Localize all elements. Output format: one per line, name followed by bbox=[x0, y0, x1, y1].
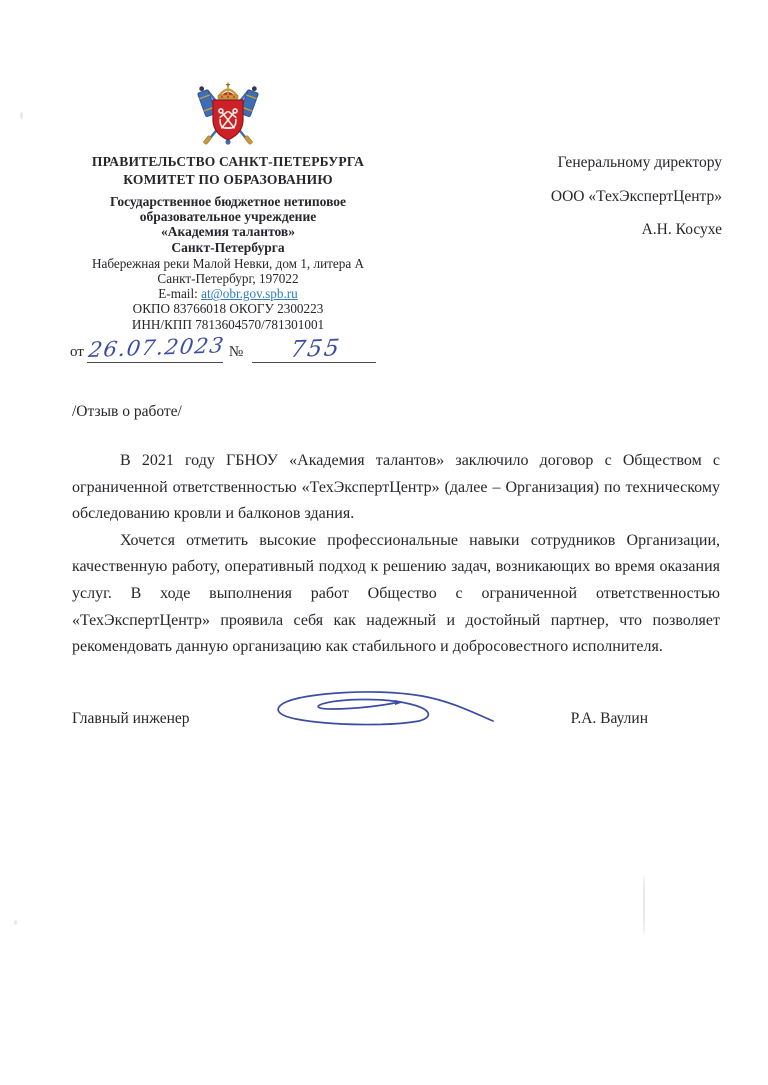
org-name-line1: Государственное бюджетное нетиповое bbox=[58, 194, 398, 209]
signer-name: Р.А. Ваулин bbox=[571, 710, 720, 728]
org-email-line: E-mail: at@obr.gov.spb.ru bbox=[58, 286, 398, 301]
pen-signature-icon bbox=[270, 688, 500, 734]
addressee-block: Генеральному директору ООО «ТехЭкспертЦе… bbox=[551, 146, 722, 247]
org-street-address: Набережная реки Малой Невки, дом 1, лите… bbox=[58, 256, 398, 271]
letter-page: ПРАВИТЕЛЬСТВО САНКТ-ПЕТЕРБУРГА КОМИТЕТ П… bbox=[0, 0, 768, 1085]
addressee-company: ООО «ТехЭкспертЦентр» bbox=[551, 180, 722, 214]
body-paragraph-2: Хочется отметить высокие профессиональны… bbox=[72, 528, 720, 661]
org-name-line2: образовательное учреждение bbox=[58, 209, 398, 224]
body-paragraph-1: В 2021 году ГБНОУ «Академия талантов» за… bbox=[72, 448, 720, 528]
org-inn-kpp: ИНН/КПП 7813604570/781301001 bbox=[58, 317, 398, 332]
scan-artifact bbox=[20, 112, 23, 119]
email-link[interactable]: at@obr.gov.spb.ru bbox=[201, 286, 298, 301]
subject-line: /Отзыв о работе/ bbox=[72, 403, 182, 421]
addressee-person: А.Н. Косухе bbox=[551, 213, 722, 247]
letter-body: В 2021 году ГБНОУ «Академия талантов» за… bbox=[72, 448, 720, 661]
authority-line-committee: КОМИТЕТ ПО ОБРАЗОВАНИЮ bbox=[58, 171, 398, 189]
number-label: № bbox=[229, 344, 246, 363]
number-field: 755 bbox=[252, 332, 376, 363]
org-name-line3: «Академия талантов» bbox=[58, 224, 398, 239]
reference-line: от 26.07.2023 № 755 bbox=[70, 332, 376, 363]
date-label: от bbox=[70, 344, 87, 363]
handwritten-number: 755 bbox=[289, 336, 343, 362]
letterhead: ПРАВИТЕЛЬСТВО САНКТ-ПЕТЕРБУРГА КОМИТЕТ П… bbox=[58, 82, 398, 332]
email-label: E-mail: bbox=[158, 286, 201, 301]
org-name-line4: Санкт-Петербурга bbox=[58, 240, 398, 255]
addressee-title: Генеральному директору bbox=[551, 146, 722, 180]
scan-artifact bbox=[643, 875, 645, 935]
scan-artifact bbox=[14, 920, 17, 925]
signer-position: Главный инженер bbox=[72, 710, 190, 728]
org-okpo-okogu: ОКПО 83766018 ОКОГУ 2300223 bbox=[58, 301, 398, 316]
handwritten-date: 26.07.2023 bbox=[87, 333, 226, 362]
date-field: 26.07.2023 bbox=[87, 332, 223, 363]
org-city-postcode: Санкт-Петербург, 197022 bbox=[58, 271, 398, 286]
authority-line-government: ПРАВИТЕЛЬСТВО САНКТ-ПЕТЕРБУРГА bbox=[58, 153, 398, 171]
saint-petersburg-coat-of-arms-icon bbox=[190, 82, 266, 150]
